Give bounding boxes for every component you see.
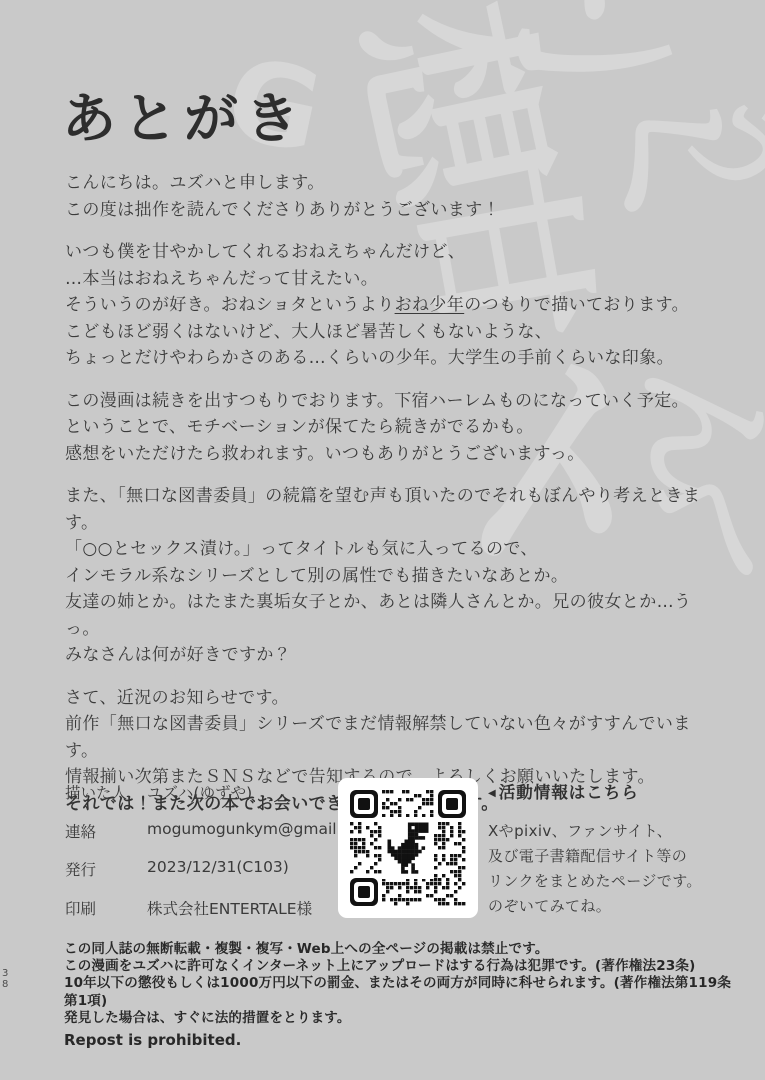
credit-row-published: 発行 2023/12/31(C103)	[65, 858, 375, 880]
text-line: また、「無口な図書委員」の続篇を望む声も頂いたのでそれもぼんやり考えときます。	[65, 483, 705, 536]
paragraph-oneshota: いつも僕を甘やかしてくれるおねえちゃんだけど、 …本当はおねえちゃんだって甘えた…	[65, 239, 705, 372]
text-line: こんにちは。ユズハと申します。	[65, 170, 705, 197]
text-line: ちょっとだけやわらかさのある…くらいの少年。大学生の手前くらいな印象。	[65, 345, 705, 372]
credit-row-artist: 描いた人 ユズハ(ゆずや)	[65, 781, 375, 803]
activity-description: Xやpixiv、ファンサイト、 及び電子書籍配信サイト等の リンクをまとめたペー…	[488, 819, 753, 919]
paragraph-greeting: こんにちは。ユズハと申します。 この度は拙作を読んでくださりありがとうございます…	[65, 170, 705, 223]
qr-code	[338, 778, 478, 918]
credit-value: ユズハ(ゆずや)	[147, 781, 252, 803]
afterword-page: ン G 想 甘 く ト ん へ う 3 8 あとがき こんにちは。ユズハと申しま…	[0, 0, 765, 1080]
qr-code-graphic	[346, 786, 470, 910]
legal-line: この漫画をユズハに許可なくインターネット上にアップロードはする行為は犯罪です。(…	[64, 958, 734, 975]
paragraph-sequel-plan: この漫画は続きを出すつもりでおります。下宿ハーレムものになっていく予定。 という…	[65, 388, 705, 468]
legal-line: この同人誌の無断転載・複製・複写・Web上への全ページの掲載は禁止です。	[64, 941, 734, 958]
text-line: リンクをまとめたページです。	[488, 869, 753, 894]
page-title: あとがき	[62, 76, 306, 153]
legal-line: 10年以下の懲役もしくは1000万円以下の罰金、またはその両方が同時に科せられま…	[64, 975, 734, 1009]
credit-label: 連絡	[65, 820, 127, 842]
text-line: 感想をいただけたら救われます。いつもありがとうございますっ。	[65, 441, 705, 468]
text-line: みなさんは何が好きですか？	[65, 642, 705, 669]
credit-label: 描いた人	[65, 781, 127, 803]
text-line: そういうのが好き。おねショタというよりおね少年のつもりで描いております。	[65, 292, 705, 319]
text-line: いつも僕を甘やかしてくれるおねえちゃんだけど、	[65, 239, 705, 266]
credit-row-contact: 連絡 mogumogunkym@gmail.com	[65, 820, 375, 842]
text-line: こどもほど弱くはないけど、大人ほど暑苦しくもないような、	[65, 319, 705, 346]
page-number-digit: 3	[2, 968, 8, 979]
legal-notice: この同人誌の無断転載・複製・複写・Web上への全ページの掲載は禁止です。 この漫…	[64, 941, 734, 1027]
text-line: さて、近況のお知らせです。	[65, 685, 705, 712]
page-number-digit: 8	[2, 979, 8, 990]
underlined-text: おね少年	[395, 295, 465, 315]
text-line: …本当はおねえちゃんだって甘えたい。	[65, 266, 705, 293]
repost-prohibited-note: Repost is prohibited.	[64, 1031, 241, 1049]
text-line: Xやpixiv、ファンサイト、	[488, 819, 753, 844]
credit-label: 印刷	[65, 897, 127, 919]
credit-row-printer: 印刷 株式会社ENTERTALE様	[65, 897, 375, 919]
watermark-glyph: ン	[462, 0, 712, 166]
credits-block: 描いた人 ユズハ(ゆずや) 連絡 mogumogunkym@gmail.com …	[65, 781, 375, 935]
text-line: 「○○とセックス漬け。」ってタイトルも気に入ってるので、	[65, 536, 705, 563]
afterword-body: こんにちは。ユズハと申します。 この度は拙作を読んでくださりありがとうございます…	[65, 170, 705, 817]
activity-heading-text: 活動情報はこちら	[499, 783, 639, 802]
text-line: 友達の姉とか。はたまた裏垢女子とか、あとは隣人さんとか。兄の彼女とか…うっ。	[65, 589, 705, 642]
activity-heading: ◀活動情報はこちら	[488, 779, 753, 803]
left-triangle-icon: ◀	[488, 788, 497, 799]
legal-line: 発見した場合は、すぐに法的措置をとります。	[64, 1010, 734, 1027]
credit-value: 2023/12/31(C103)	[147, 858, 289, 880]
credit-value: 株式会社ENTERTALE様	[147, 897, 312, 919]
paragraph-series-ideas: また、「無口な図書委員」の続篇を望む声も頂いたのでそれもぼんやり考えときます。 …	[65, 483, 705, 669]
text-line: 前作「無口な図書委員」シリーズでまだ情報解禁していない色々がすすんでいます。	[65, 711, 705, 764]
page-number: 3 8	[2, 968, 8, 990]
text-line: 及び電子書籍配信サイト等の	[488, 844, 753, 869]
text-segment: そういうのが好き。おねショタというより	[65, 295, 395, 315]
text-line: この漫画は続きを出すつもりでおります。下宿ハーレムものになっていく予定。	[65, 388, 705, 415]
text-line: この度は拙作を読んでくださりありがとうございます！	[65, 197, 705, 224]
text-line: のぞいてみてね。	[488, 894, 753, 919]
text-segment: のつもりで描いております。	[464, 295, 689, 315]
credit-label: 発行	[65, 858, 127, 880]
activity-info: ◀活動情報はこちら Xやpixiv、ファンサイト、 及び電子書籍配信サイト等の …	[488, 779, 753, 919]
text-line: インモラル系なシリーズとして別の属性でも描きたいなあとか。	[65, 563, 705, 590]
text-line: ということで、モチベーションが保てたら続きがでるかも。	[65, 414, 705, 441]
